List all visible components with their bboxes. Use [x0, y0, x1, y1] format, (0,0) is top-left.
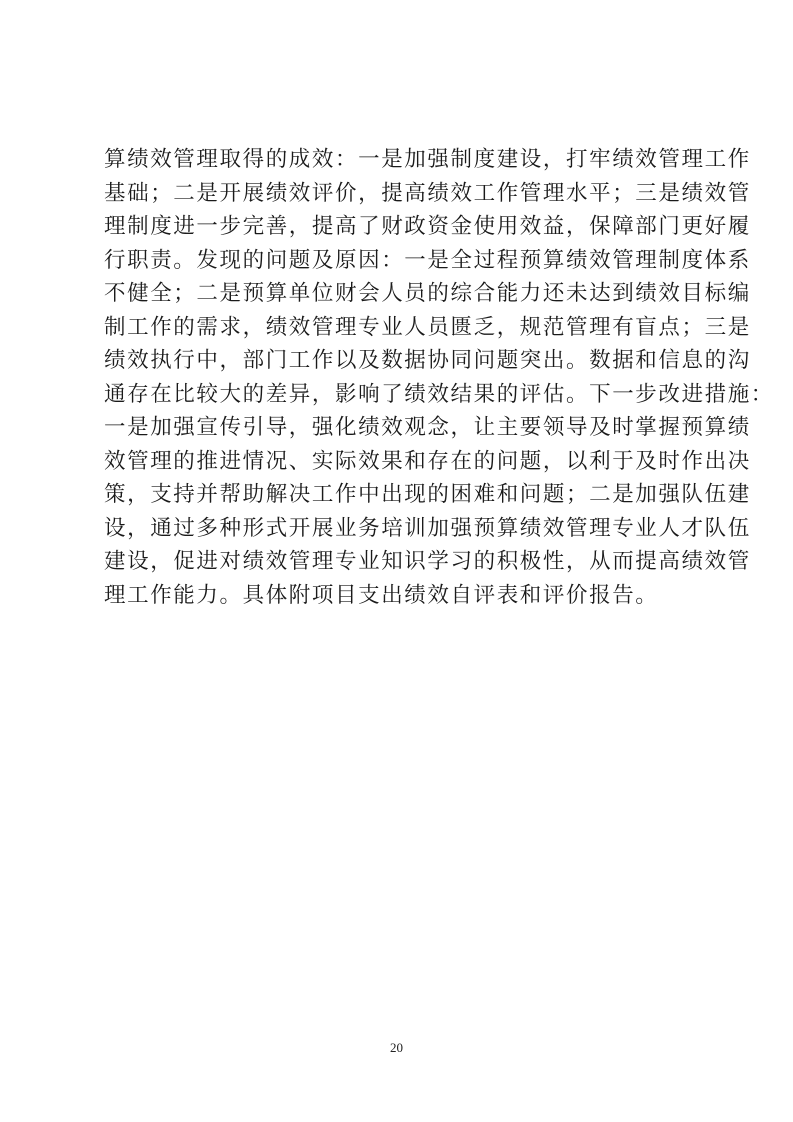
text-line: 建设，促进对绩效管理专业知识学习的积极性，从而提高绩效管	[104, 545, 688, 579]
text-line: 行职责。发现的问题及原因：一是全过程预算绩效管理制度体系	[104, 244, 688, 278]
page-number: 20	[0, 1040, 793, 1056]
text-line: 算绩效管理取得的成效：一是加强制度建设，打牢绩效管理工作	[104, 143, 688, 177]
text-line: 设，通过多种形式开展业务培训加强预算绩效管理专业人才队伍	[104, 512, 688, 546]
text-line: 制工作的需求，绩效管理专业人员匮乏，规范管理有盲点；三是	[104, 311, 688, 345]
text-line: 效管理的推进情况、实际效果和存在的问题，以利于及时作出决	[104, 445, 688, 479]
text-line: 不健全；二是预算单位财会人员的综合能力还未达到绩效目标编	[104, 277, 688, 311]
text-line: 绩效执行中，部门工作以及数据协同问题突出。数据和信息的沟	[104, 344, 688, 378]
text-line: 理工作能力。具体附项目支出绩效自评表和评价报告。	[104, 579, 688, 613]
document-page: 算绩效管理取得的成效：一是加强制度建设，打牢绩效管理工作 基础；二是开展绩效评价…	[0, 0, 793, 1122]
text-line: 一是加强宣传引导，强化绩效观念，让主要领导及时掌握预算绩	[104, 411, 688, 445]
text-line: 通存在比较大的差异，影响了绩效结果的评估。下一步改进措施：	[104, 378, 688, 412]
text-line: 理制度进一步完善，提高了财政资金使用效益，保障部门更好履	[104, 210, 688, 244]
text-line: 基础；二是开展绩效评价，提高绩效工作管理水平；三是绩效管	[104, 177, 688, 211]
body-paragraph: 算绩效管理取得的成效：一是加强制度建设，打牢绩效管理工作 基础；二是开展绩效评价…	[104, 143, 694, 612]
text-line: 策，支持并帮助解决工作中出现的困难和问题；二是加强队伍建	[104, 478, 688, 512]
